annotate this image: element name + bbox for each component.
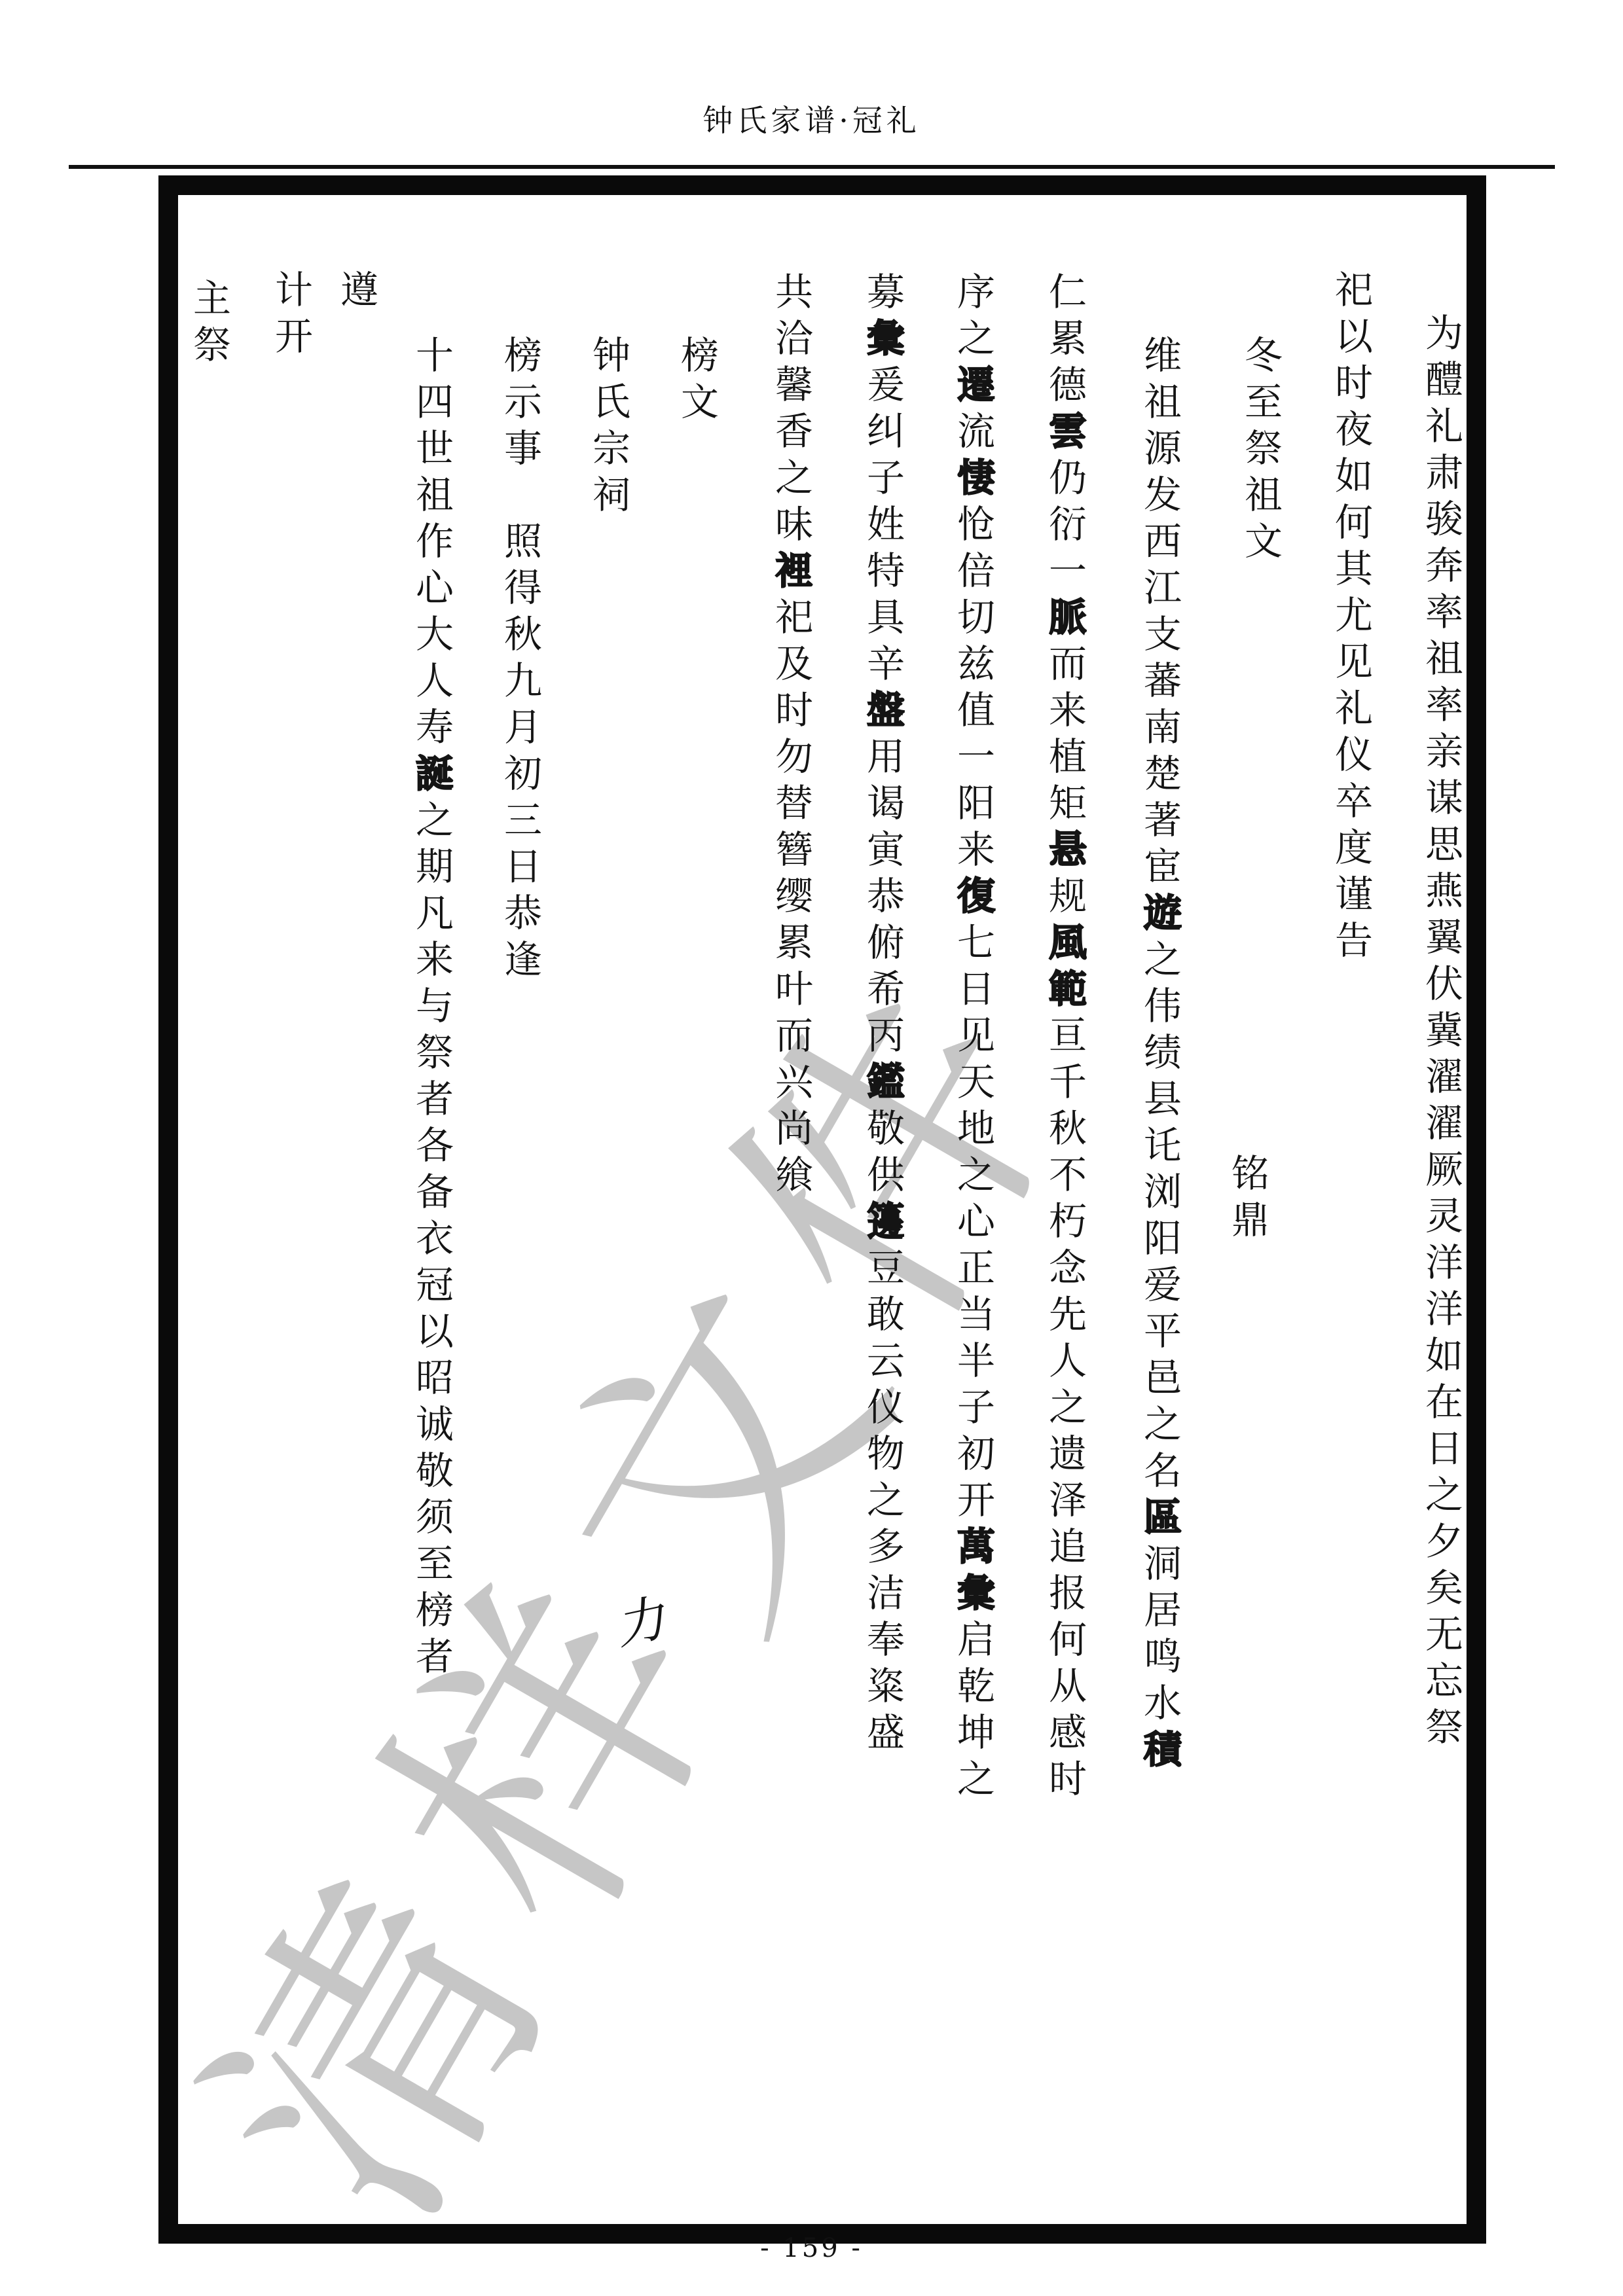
header-rule — [69, 165, 1555, 169]
eulogy-line-3: 序之遷流悽怆倍切兹值一阳来復七日见天地之心正当半子初开萬彙启乾坤之 — [954, 272, 992, 1805]
page-number: - 159 - — [0, 2233, 1623, 2263]
eulogy-line-1: 维祖源发西江支蕃南楚著宦遊之伟绩县讬浏阳爱平邑之名區洞居鸣水積 — [1140, 335, 1178, 1776]
notice-jikai: 计开 — [272, 270, 310, 363]
text-columns: 为醴礼肃骏奔率祖率亲谋思燕翼伏冀濯濯厥灵洋洋如在日之夕矣无忘祭祀以时夜如何其尤见… — [0, 0, 1623, 2296]
notice-line-2: 十四世祖作心大人寿誕之期凡来与祭者各备衣冠以昭诚敬须至榜者 — [412, 335, 450, 1683]
section-title-dongzhi-jizuwen: 冬至祭祖文 — [1241, 335, 1279, 567]
eulogy-line-4: 募彙爰纠子姓特具辛盤用谒寅恭俯希丙鑑敬供籩豆敢云仪物之多洁奉粢盛 — [864, 272, 902, 1759]
signature-mingding: 铭鼎 — [1228, 1153, 1266, 1246]
page-header-title: 钟氏家谱·冠礼 — [0, 97, 1623, 140]
genealogy-page: 钟氏家谱·冠礼 清样文件 为醴礼肃骏奔率祖率亲谋思燕翼伏冀濯濯厥灵洋洋如在日之夕… — [0, 0, 1623, 2296]
eulogy-line-2: 仁累德雲仍衍一脈而来植矩悬规風範亘千秋不朽念先人之遗泽追报何从感时 — [1046, 272, 1084, 1805]
sacrifice-text-line-1: 为醴礼肃骏奔率祖率亲谋思燕翼伏冀濯濯厥灵洋洋如在日之夕矣无忘祭 — [1422, 313, 1460, 1753]
notice-line-1: 榜示事 照得秋九月初三日恭逢 — [501, 335, 539, 986]
notice-zhuji: 主祭 — [190, 278, 228, 371]
notice-zun: 遵 — [337, 270, 375, 316]
section-title-bangwen: 榜文 — [678, 335, 716, 428]
sacrifice-text-line-2: 祀以时夜如何其尤见礼仪卒度谨告 — [1332, 270, 1370, 967]
eulogy-line-5: 共洽馨香之味裡祀及时勿替簪缨累叶而兴尚飨 — [772, 272, 810, 1201]
ancestral-hall-name: 钟氏宗祠 — [589, 335, 627, 521]
